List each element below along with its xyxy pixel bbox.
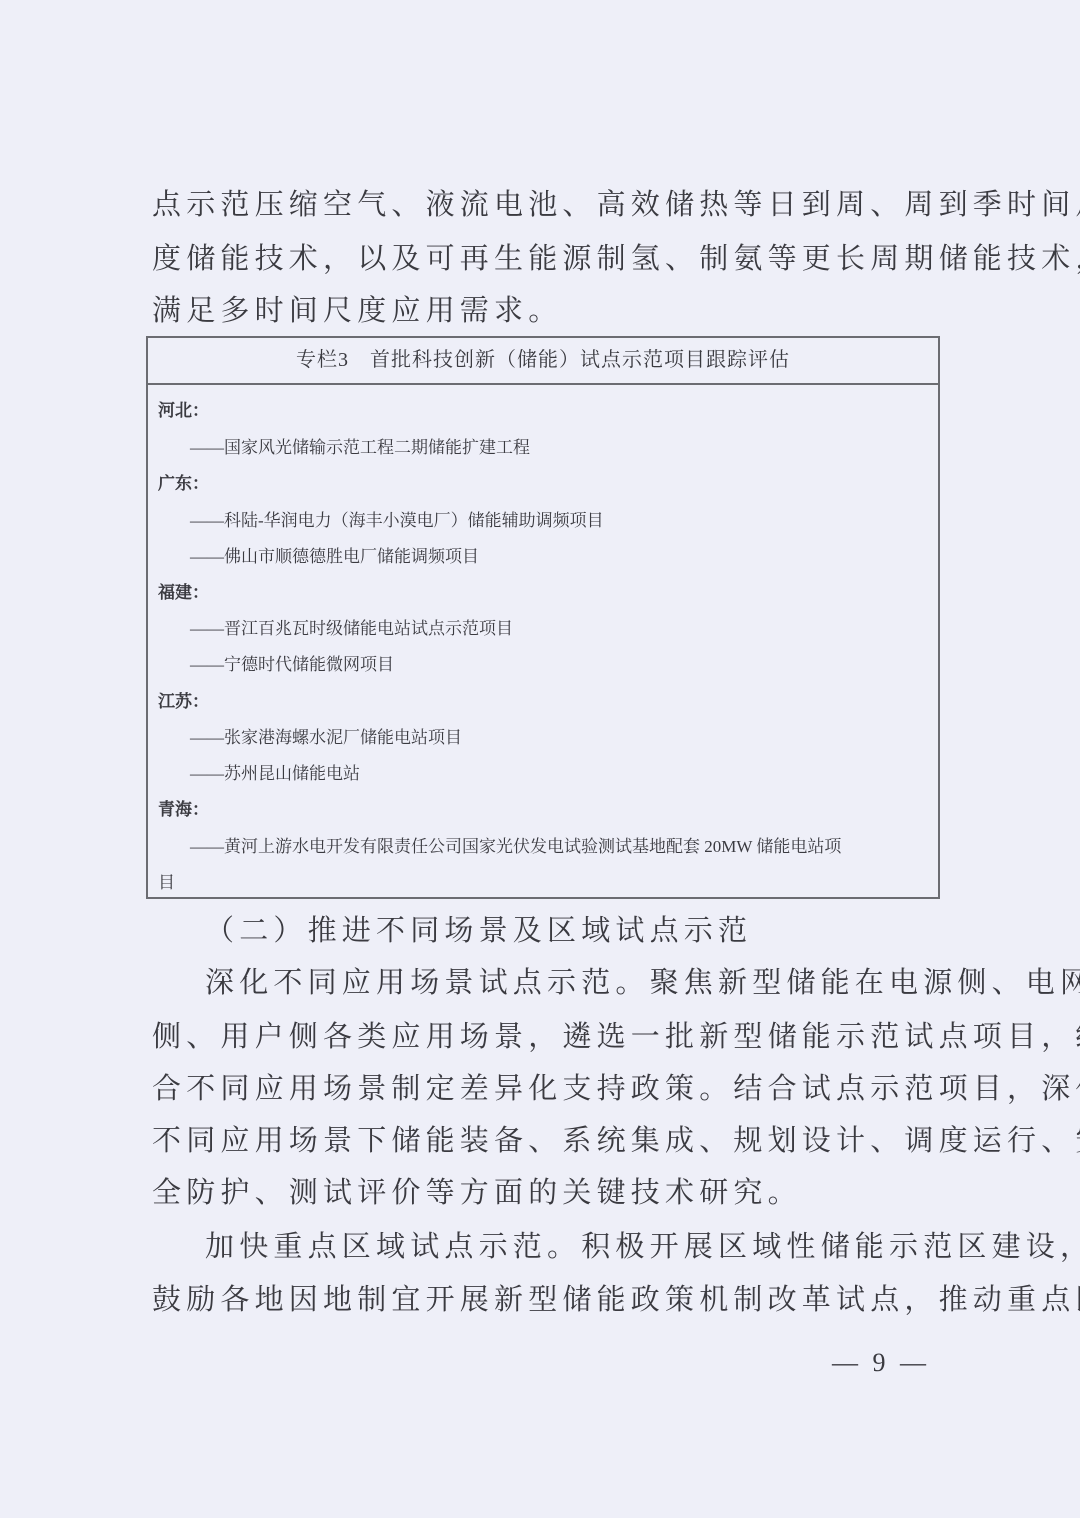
intro-line: 点示范压缩空气、液流电池、高效储热等日到周、周到季时间尺 — [152, 184, 942, 224]
region-label-fujian: 福建： — [158, 578, 209, 608]
intro-line: 度储能技术，以及可再生能源制氢、制氨等更长周期储能技术， — [152, 238, 942, 278]
paragraph-line: 加快重点区域试点示范。积极开展区域性储能示范区建设， — [205, 1226, 995, 1266]
page-number: — 9 — — [832, 1348, 930, 1378]
region-label-qinghai: 青海： — [158, 795, 209, 825]
paragraph-line: 侧、用户侧各类应用场景，遴选一批新型储能示范试点项目，结 — [152, 1016, 942, 1056]
column-box-title: 专栏3 首批科技创新（储能）试点示范项目跟踪评估 — [148, 338, 938, 385]
project-item: ——晋江百兆瓦时级储能电站试点示范项目 — [190, 614, 513, 644]
paragraph-line: 深化不同应用场景试点示范。聚焦新型储能在电源侧、电网 — [205, 962, 995, 1002]
project-item: ——国家风光储输示范工程二期储能扩建工程 — [190, 433, 530, 463]
region-label-jiangsu: 江苏： — [158, 687, 209, 717]
project-item-continuation: 目 — [158, 868, 175, 898]
project-item: ——宁德时代储能微网项目 — [190, 650, 394, 680]
region-label-hebei: 河北： — [158, 396, 209, 426]
project-item: ——苏州昆山储能电站 — [190, 759, 360, 789]
project-item: ——佛山市顺德德胜电厂储能调频项目 — [190, 542, 479, 572]
paragraph-line: 不同应用场景下储能装备、系统集成、规划设计、调度运行、安 — [152, 1120, 942, 1160]
project-item: ——张家港海螺水泥厂储能电站项目 — [190, 723, 462, 753]
intro-line: 满足多时间尺度应用需求。 — [152, 290, 942, 330]
column-box: 专栏3 首批科技创新（储能）试点示范项目跟踪评估 河北： ——国家风光储输示范工… — [146, 336, 940, 899]
paragraph-line: 鼓励各地因地制宜开展新型储能政策机制改革试点，推动重点区 — [152, 1279, 942, 1319]
paragraph-line: 全防护、测试评价等方面的关键技术研究。 — [152, 1172, 942, 1212]
region-label-guangdong: 广东： — [158, 469, 209, 499]
project-item: ——科陆-华润电力（海丰小漠电厂）储能辅助调频项目 — [190, 506, 604, 536]
project-item: ——黄河上游水电开发有限责任公司国家光伏发电试验测试基地配套 20MW 储能电站… — [190, 832, 841, 862]
paragraph-line: 合不同应用场景制定差异化支持政策。结合试点示范项目，深化 — [152, 1068, 942, 1108]
section-heading: （二）推进不同场景及区域试点示范 — [205, 910, 995, 950]
